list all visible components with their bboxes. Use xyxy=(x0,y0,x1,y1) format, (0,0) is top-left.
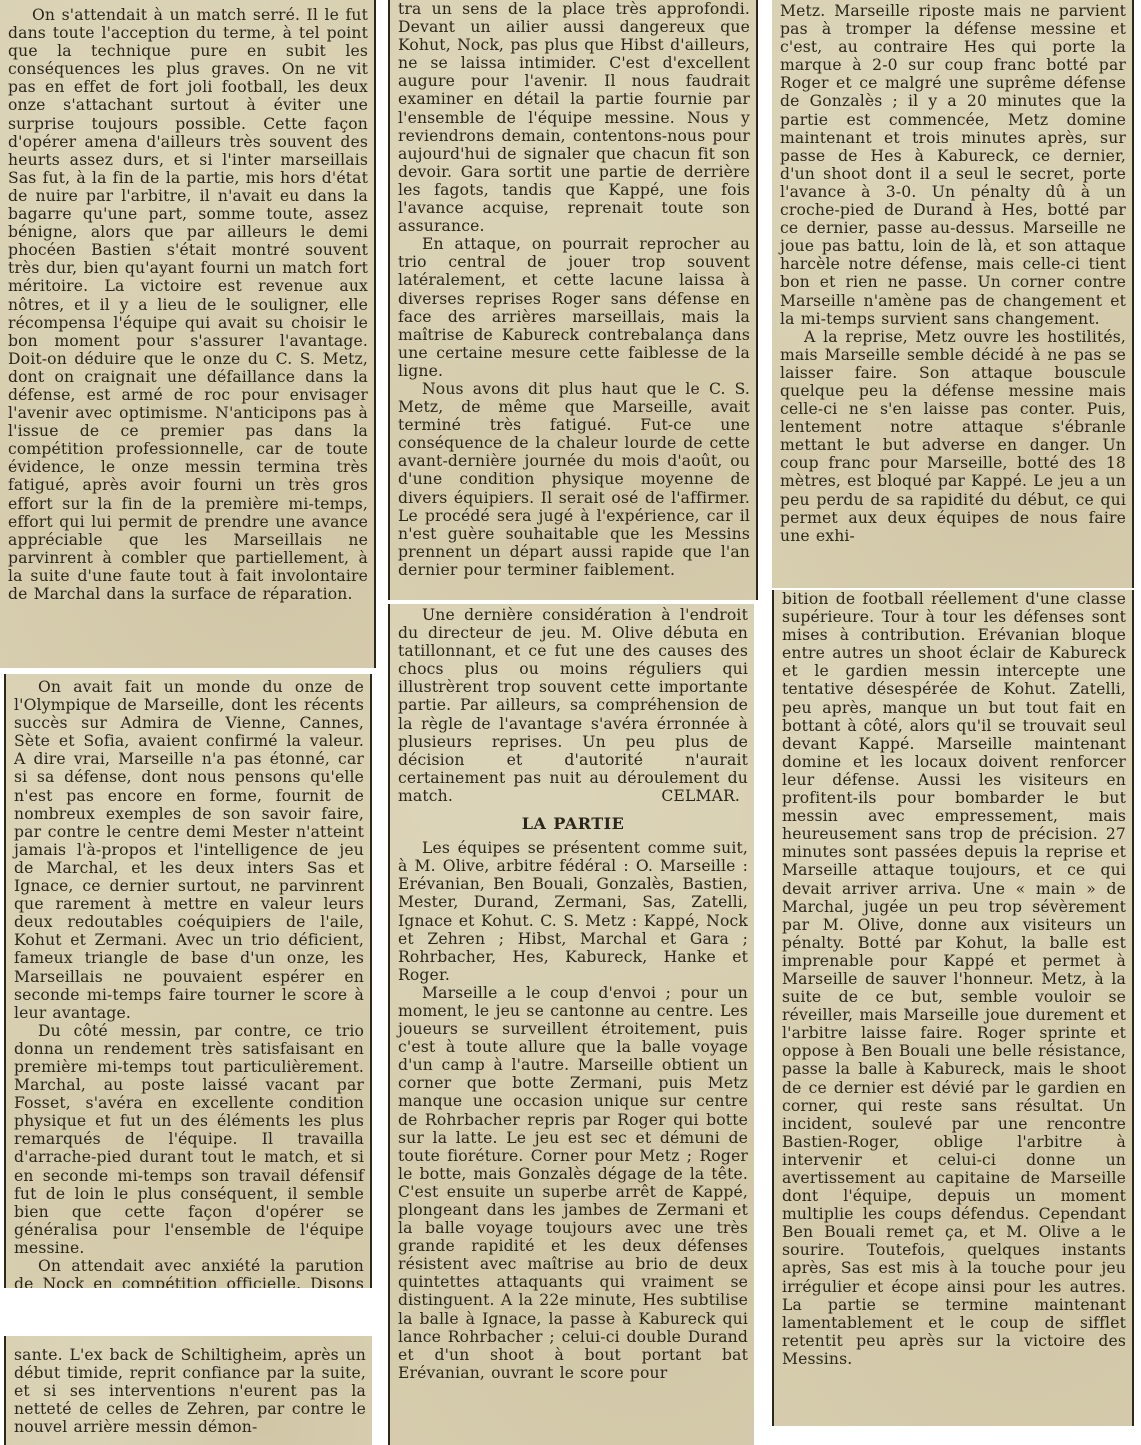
author-signature: CELMAR. xyxy=(637,787,740,805)
column-1-fragment-c: sante. L'ex back de Schiltigheim, après … xyxy=(4,1336,372,1445)
col3-paragraph-1: Metz. Marseille riposte mais ne parvient… xyxy=(780,2,1126,328)
col1-paragraph-1: On s'attendait à un match serré. Il le f… xyxy=(8,6,368,603)
col2-paragraph-5: Les équipes se présentent comme suit, à … xyxy=(398,839,748,984)
column-3-fragment-a: Metz. Marseille riposte mais ne parvient… xyxy=(772,0,1134,588)
col2-paragraph-4: Une dernière considération à l'endroit d… xyxy=(398,606,748,805)
col2-paragraph-2: En attaque, on pourrait reprocher au tri… xyxy=(398,235,750,380)
col1-paragraph-5: sante. L'ex back de Schiltigheim, après … xyxy=(14,1346,366,1436)
col2-paragraph-1: tra un sens de la place très approfondi.… xyxy=(398,0,750,235)
col2-paragraph-4-text: Une dernière considération à l'endroit d… xyxy=(398,606,748,805)
col3-paragraph-2: A la reprise, Metz ouvre les hostilités,… xyxy=(780,328,1126,545)
column-1-fragment-a: On s'attendait à un match serré. Il le f… xyxy=(0,0,376,668)
column-2-fragment-b: Une dernière considération à l'endroit d… xyxy=(388,604,754,1445)
col1-paragraph-3: Du côté messin, par contre, ce trio donn… xyxy=(14,1022,364,1257)
column-1-fragment-b: On avait fait un monde du onze de l'Olym… xyxy=(4,674,372,1288)
col1-paragraph-2: On avait fait un monde du onze de l'Olym… xyxy=(14,678,364,1022)
col1-paragraph-4: On attendait avec anxiété la parution de… xyxy=(14,1257,364,1288)
col3-paragraph-3: bition de football réellement d'une clas… xyxy=(782,590,1126,1368)
column-2-fragment-a: tra un sens de la place très approfondi.… xyxy=(388,0,758,600)
column-3-fragment-b: bition de football réellement d'une clas… xyxy=(772,590,1134,1426)
section-heading: LA PARTIE xyxy=(398,815,748,833)
col2-paragraph-3: Nous avons dit plus haut que le C. S. Me… xyxy=(398,380,750,579)
col2-paragraph-6: Marseille a le coup d'envoi ; pour un mo… xyxy=(398,984,748,1382)
